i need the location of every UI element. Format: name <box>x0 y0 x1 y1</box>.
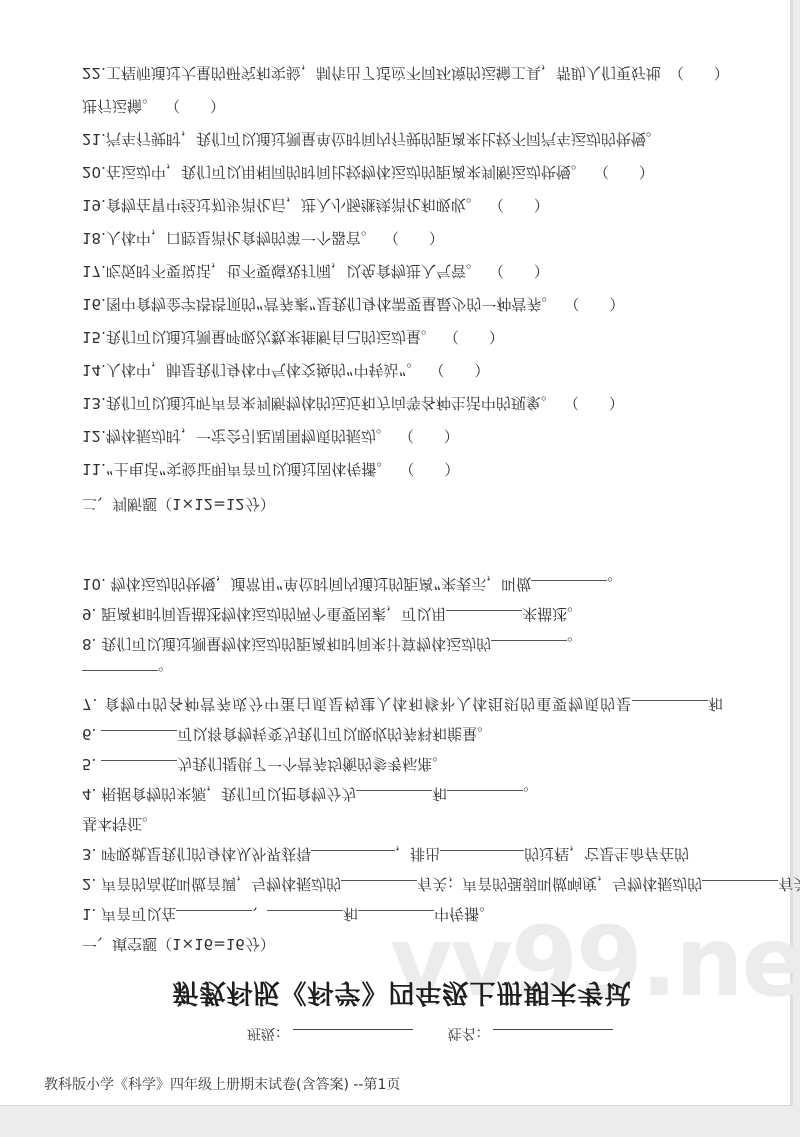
answer-paren[interactable]: （ ） <box>594 162 654 183</box>
question-21: 21.汽车行驶时，我们可以通过测量单位时间内行驶的距离来比较不同汽车运动的快慢。 <box>82 129 661 150</box>
question-19: 19.食物在胃中经过初步消化后，进入小肠继续消化和吸收。（ ） <box>82 195 549 216</box>
question-22-continuation: 进行运输。（ ） <box>82 96 225 117</box>
page-footer-caption: 教科版小学《科学》四年级上册期末试卷(含答案) --第1页 <box>44 1074 400 1094</box>
question-7: 7. 食物中的各种营养成分中蛋白质是构建人体和修补人体组织的重要物质的是和 <box>82 694 724 715</box>
answer-blank[interactable] <box>440 850 524 865</box>
answer-paren[interactable]: （ ） <box>165 96 225 117</box>
answer-paren[interactable]: （ ） <box>444 327 504 348</box>
student-info-line: 班级： 姓名： <box>247 1024 643 1044</box>
answer-blank[interactable] <box>632 700 708 715</box>
name-label: 姓名： <box>447 1025 489 1041</box>
document-page: vv99.net 班级： 姓名： 新教科版《科学》四年级上册期末考试 一、填空题… <box>0 0 793 1106</box>
question-1: 1. 声音可以在、和中传播。 <box>82 904 494 925</box>
question-10: 10. 物体运动的快慢，通常用“单位时间内通过的距离”来表示，叫做。 <box>82 574 622 595</box>
answer-blank[interactable] <box>491 640 567 655</box>
question-12: 12.物体振动时，一定会引起周围物质的振动。（ ） <box>82 426 459 447</box>
question-16: 16.图中食物金字塔塔顶的“营养素”是我们身体需要量最少的一种营养。（ ） <box>82 294 624 315</box>
question-20: 20.在运动中，我们可以用相同的时间比较物体运动的距离来判断运动快慢。（ ） <box>82 162 654 183</box>
answer-paren[interactable]: （ ） <box>489 261 549 282</box>
answer-blank[interactable] <box>356 790 432 805</box>
question-18: 18.人体中，口腔是消化食物的第一个器官。（ ） <box>82 228 444 249</box>
question-6: 6. 可以将食物转变为我们可以吸收的养料和能量。 <box>82 724 492 745</box>
question-15: 15.我们可以通过测量呼吸次数来推断自己的运动量。（ ） <box>82 327 504 348</box>
answer-paren[interactable]: （ ） <box>384 228 444 249</box>
answer-blank[interactable] <box>82 670 158 685</box>
answer-blank[interactable] <box>101 760 177 775</box>
answer-blank[interactable] <box>447 790 523 805</box>
answer-blank[interactable] <box>267 910 343 925</box>
answer-blank[interactable] <box>531 580 607 595</box>
section2-heading: 二、判断题（1×12=12分） <box>82 494 275 515</box>
question-2: 2. 声音的高低叫做音调，与物体振动的有关；声音的强弱叫做响度，与物体振动的有关… <box>82 874 800 895</box>
answer-blank[interactable] <box>702 880 778 895</box>
question-9: 9. 距离和时间是描述物体运动的两个重要因素，可以用来描述。 <box>82 604 582 625</box>
question-8: 8. 我们可以通过测量物体运动的距离和时间来计算物体运动的。 <box>82 634 582 655</box>
question-3: 3. 呼吸就是我们的身体从外界获得，排出的过程，它是生命存在的 <box>82 844 689 865</box>
answer-blank[interactable] <box>311 850 395 865</box>
class-field[interactable] <box>293 1029 413 1044</box>
question-13: 13.我们可以通过听声音来判断物体的远近和方向等各种生活中的现象。（ ） <box>82 393 624 414</box>
answer-blank[interactable] <box>176 910 252 925</box>
question-7-continuation: 。 <box>82 664 173 685</box>
flipped-page-content: vv99.net 班级： 姓名： 新教科版《科学》四年级上册期末考试 一、填空题… <box>0 28 790 1058</box>
question-5: 5. 为我们提供了一个营养均衡的参考标准。 <box>82 754 447 775</box>
answer-paren[interactable]: （ ） <box>669 63 729 84</box>
answer-paren[interactable]: （ ） <box>429 360 489 381</box>
name-field[interactable] <box>493 1029 613 1044</box>
question-17: 17.吃饭时不要说话，也不要嬉戏打闹，以免食物进入气管。（ ） <box>82 261 549 282</box>
answer-blank[interactable] <box>358 910 434 925</box>
question-14: 14.人体中，肺是我们身体中气体交换的“中转站”。（ ） <box>82 360 489 381</box>
answer-blank[interactable] <box>446 610 522 625</box>
question-11: 11.“土电话”实验证明声音可以通过固体传播。（ ） <box>82 459 459 480</box>
question-3-continuation: 基本特征。 <box>82 814 157 835</box>
answer-blank[interactable] <box>101 730 177 745</box>
question-22: 22.工程师通过大量的研究和实验，制作出了适应不同环境的运输工具，帮助人们更好地… <box>82 63 729 84</box>
answer-paren[interactable]: （ ） <box>564 393 624 414</box>
answer-paren[interactable]: （ ） <box>564 294 624 315</box>
answer-paren[interactable]: （ ） <box>489 195 549 216</box>
answer-blank[interactable] <box>341 880 417 895</box>
page-title: 新教科版《科学》四年级上册期末考试 <box>102 976 702 1013</box>
section1-heading: 一、填空题（1×16=16分） <box>82 934 275 955</box>
answer-paren[interactable]: （ ） <box>399 459 459 480</box>
question-4: 4. 根据食物的来源，我们可以把食物分为和。 <box>82 784 538 805</box>
answer-paren[interactable]: （ ） <box>399 426 459 447</box>
class-label: 班级： <box>247 1025 289 1041</box>
